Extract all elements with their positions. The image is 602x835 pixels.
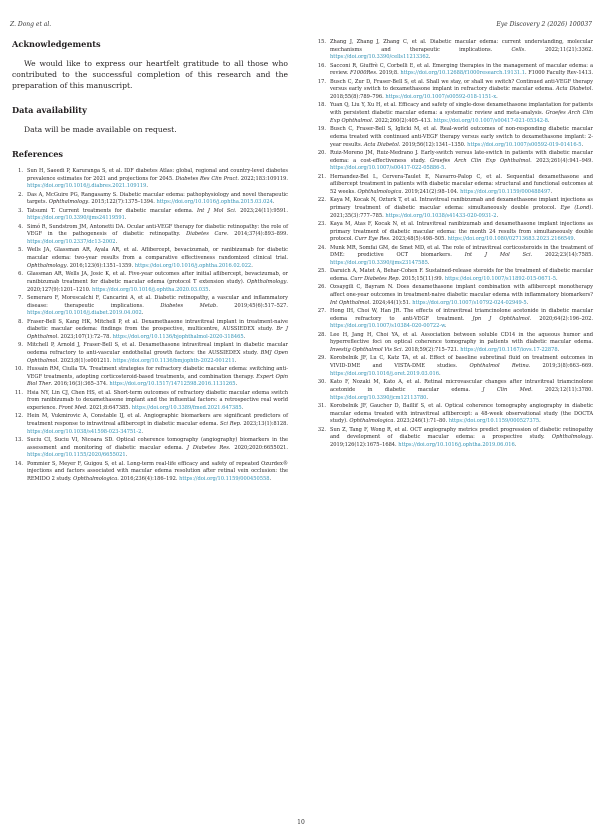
reference-number: 25. (315, 268, 326, 276)
running-head-journal: Eye Discovery 2 (2026) 100037 (496, 21, 592, 28)
reference-doi-link[interactable]: https://doi.org/10.1136/bjophthalmol-202… (113, 334, 244, 340)
reference-citation: . 2022;23(14):7585. (531, 252, 593, 258)
reference-journal: Diabetes Metab (160, 303, 216, 309)
reference-citation: . 2019;56(12):1341–1350. (399, 142, 467, 148)
reference-citation: . 2023;261(4):941–949. (530, 158, 593, 164)
reference-tail: . (439, 371, 441, 377)
reference-tail: . (269, 476, 271, 482)
reference-tail: . (444, 165, 446, 171)
reference-doi-link[interactable]: https://doi.org/10.1016/j.diabet.2019.04… (27, 310, 142, 316)
reference-doi-link[interactable]: https://doi.org/10.1007/s11892-015-0671-… (445, 276, 556, 282)
reference-number: 23. (315, 221, 326, 229)
right-column: 15.Zhang J, Zhang J, Zhang C, et al. Dia… (315, 39, 593, 450)
reference-number: 7. (12, 295, 23, 303)
reference-number: 3. (12, 208, 23, 216)
reference-tail: . (142, 310, 144, 316)
reference-doi-link[interactable]: https://doi.org/10.1167/iovs.17-22878 (460, 347, 557, 353)
reference-item: 20.Ruiz-Moreno JM, Ruiz-Medrano J. Early… (315, 150, 593, 173)
reference-journal: Ophthalmology (27, 263, 66, 269)
reference-journal: Acta Diabetol (556, 86, 591, 92)
reference-number: 12. (12, 413, 23, 421)
reference-doi-link[interactable]: https://doi.org/10.1007/s10384-020-00722… (330, 323, 445, 329)
reference-citation: . 2016;123(6):1351–1359. (66, 263, 134, 269)
reference-number: 6. (12, 271, 23, 279)
left-column: Acknowledgements We would like to expres… (12, 39, 288, 484)
reference-number: 4. (12, 224, 23, 232)
reference-citation: . 2019;241(2):98–104. (402, 189, 461, 195)
reference-doi-link[interactable]: https://doi.org/10.1007/s00592-018-1151-… (385, 94, 496, 100)
reference-journal: Sci Rep (220, 421, 240, 427)
reference-doi-link[interactable]: https://doi.org/10.1159/000488497 (460, 189, 550, 195)
reference-number: 19. (315, 126, 326, 134)
reference-journal: Ophthalmology (552, 434, 591, 440)
reference-number: 21. (315, 174, 326, 182)
reference-journal: Ophthalmol Retina (469, 363, 528, 369)
reference-tail: . (428, 260, 430, 266)
reference-journal: F1000Res (350, 70, 376, 76)
reference-doi-link[interactable]: https://doi.org/10.1080/02713683.2023.21… (448, 236, 574, 242)
reference-item: 25.Daruich A, Matet A, Behar-Cohen F. Su… (315, 268, 593, 283)
reference-item: 16.Sacconi R, Giuffrè C, Corbelli E, et … (315, 63, 593, 78)
reference-journal: Diabetes Res Clin Pract (176, 176, 238, 182)
reference-tail: . (527, 300, 529, 306)
reference-doi-link[interactable]: https://doi.org/10.1517/14712598.2016.11… (109, 381, 235, 387)
reference-number: 20. (315, 150, 326, 158)
reference-citation: . 2015;15(11):99. (399, 276, 445, 282)
reference-citation: . 2024;44(1):51. (369, 300, 412, 306)
reference-item: 14.Pommier S, Meyer F, Guigou S, et al. … (12, 461, 288, 484)
reference-citation: . 2023;48(5):498–505. (389, 236, 448, 242)
reference-journal: Graefes Arch Clin Exp Ophthalmol (430, 158, 530, 164)
reference-doi-link[interactable]: https://doi.org/10.1007/s00592-019-01416… (467, 142, 581, 148)
acknowledgements-heading: Acknowledgements (12, 39, 288, 49)
reference-number: 10. (12, 366, 23, 374)
reference-number: 32. (315, 427, 326, 435)
reference-doi-link[interactable]: https://doi.org/10.12688/f1000research.1… (400, 70, 525, 76)
reference-item: 6.Glassman AR, Wells JA, Josic K, et al.… (12, 271, 288, 294)
acknowledgements-section: Acknowledgements We would like to expres… (12, 39, 288, 91)
reference-item: 7.Semeraro F, Morescalchi F, Cancarini A… (12, 295, 288, 318)
reference-citation: . 2023;24(11):9591. (235, 208, 288, 214)
reference-citation: . 2022;11(21):3362. (524, 47, 593, 53)
reference-number: 8. (12, 319, 23, 327)
reference-number: 24. (315, 245, 326, 253)
reference-journal: Int J Mol Sci (465, 252, 531, 258)
reference-tail: . (496, 213, 498, 219)
reference-citation: . 2019;3(8):663–669. (529, 363, 593, 369)
reference-journal: Curr Diabetes Rep (350, 276, 398, 282)
references-heading: References (12, 149, 288, 159)
reference-citation: . 2018;59(2):715–721. (402, 347, 461, 353)
data-availability-text: Data will be made available on request. (12, 124, 288, 135)
reference-tail: . (125, 215, 127, 221)
reference-text: Lee H, Jang H, Choi YA, et al. Associati… (330, 332, 593, 346)
reference-journal: Cells (511, 47, 524, 53)
reference-citation: . 2016;236(4):186–192. (117, 476, 179, 482)
reference-number: 30. (315, 379, 326, 387)
reference-item: 10.Hussain RM, Ciulla TA. Treatment stra… (12, 366, 288, 389)
references-section: References 1.Sun H, Saeedi P, Karuranga … (12, 149, 288, 484)
reference-tail: . (141, 429, 143, 435)
reference-citation: . 2015;122(7):1375–1394. (88, 199, 156, 205)
reference-tail: . F1000 Faculty Rev-1413. (525, 70, 593, 76)
reference-text: Kaya M, Kocak N, Ozturk T, et al. Intrav… (330, 197, 593, 211)
reference-text: Hussain RM, Ciulla TA. Treatment strateg… (27, 366, 288, 380)
reference-doi-link[interactable]: https://doi.org/10.3390/ijms23147585 (330, 260, 428, 266)
reference-number: 13. (12, 437, 23, 445)
reference-item: 26.Ozsaygili C, Bayram N. Does dexametha… (315, 284, 593, 307)
reference-item: 17.Busch C, Zur D, Fraser-Bell S, et al.… (315, 79, 593, 102)
running-head-authors: Z. Dong et al. (10, 21, 51, 28)
reference-doi-link[interactable]: https://doi.org/10.1016/j.ophtha.2016.02… (135, 263, 251, 269)
reference-text: Tatsumi T. Current treatments for diabet… (27, 208, 197, 214)
reference-journal: Int J Mol Sci (197, 208, 235, 214)
reference-journal: Ophthalmologica (357, 189, 401, 195)
reference-number: 18. (315, 102, 326, 110)
reference-citation: . 2019;8. (376, 70, 400, 76)
reference-tail: . (515, 442, 517, 448)
reference-item: 15.Zhang J, Zhang J, Zhang C, et al. Dia… (315, 39, 593, 62)
reference-text: Mitchell P, Arnold J, Fraser-Bell S, et … (27, 342, 288, 356)
reference-item: 28.Lee H, Jang H, Choi YA, et al. Associ… (315, 332, 593, 355)
reference-doi-link[interactable]: https://doi.org/10.3390/jcm12113780 (330, 395, 426, 401)
reference-number: 11. (12, 390, 23, 398)
reference-tail: . (116, 239, 118, 245)
reference-journal: Ophthalmologica (73, 476, 117, 482)
reference-doi-link[interactable]: https://doi.org/10.1016/j.ophtha.2019.06… (398, 442, 514, 448)
reference-citation: . 2023;246(1):71–80. (393, 418, 448, 424)
reference-citation: . 2019;45(6):517–527. (216, 303, 288, 309)
reference-item: 1.Sun H, Saeedi P, Karuranga S, et al. I… (12, 168, 288, 191)
reference-doi-link[interactable]: https://doi.org/10.1155/2020/6655021 (27, 452, 126, 458)
reference-doi-link[interactable]: https://doi.org/10.1016/j.diabres.2021.1… (27, 183, 146, 189)
reference-tail: . (582, 142, 584, 148)
reference-doi-link[interactable]: https://doi.org/10.3389/fmed.2021.647385 (132, 405, 242, 411)
reference-doi-link[interactable]: https://doi.org/10.3390/cells11213362 (330, 54, 429, 60)
reference-number: 26. (315, 284, 326, 292)
reference-item: 9.Mitchell P, Arnold J, Fraser-Bell S, e… (12, 342, 288, 365)
reference-tail: . (126, 452, 128, 458)
reference-number: 17. (315, 79, 326, 87)
reference-text: Ozsaygili C, Bayram N. Does dexamethason… (330, 284, 593, 298)
reference-citation: . 2023;8(1):e001211. (57, 358, 113, 364)
reference-number: 1. (12, 168, 23, 176)
running-head: Z. Dong et al. Eye Discovery 2 (2026) 10… (10, 21, 592, 31)
reference-list-left: 1.Sun H, Saeedi P, Karuranga S, et al. I… (12, 168, 288, 484)
reference-citation: . 2016;16(3):365–374. (51, 381, 110, 387)
reference-tail: . (445, 323, 447, 329)
reference-item: 29.Korobelnik JF, Lu C, Katz TA, et al. … (315, 355, 593, 378)
reference-item: 5.Wells JA, Glassman AR, Ayala AR, et al… (12, 247, 288, 270)
reference-doi-link[interactable]: https://doi.org/10.1038/s41598-023-34751… (27, 429, 141, 435)
reference-item: 12.Hein M, Vukmirovic A, Constable IJ, e… (12, 413, 288, 436)
reference-doi-link[interactable]: https://doi.org/10.1016/j.ophtha.2020.03… (92, 287, 208, 293)
reference-doi-link[interactable]: https://doi.org/10.1007/s00417-021-05342… (434, 118, 548, 124)
reference-doi-link[interactable]: https://doi.org/10.2337/dc13-2002 (27, 239, 116, 245)
reference-doi-link[interactable]: https://doi.org/10.1038/s41433-020-0931-… (385, 213, 496, 219)
data-availability-section: Data availability Data will be made avai… (12, 105, 288, 135)
reference-tail: . (426, 395, 428, 401)
reference-tail: . (146, 183, 148, 189)
reference-number: 28. (315, 332, 326, 340)
reference-item: 27.Hong IH, Choi W, Han JR. The effects … (315, 308, 593, 331)
reference-journal: Curr Eye Res (355, 236, 389, 242)
reference-number: 27. (315, 308, 326, 316)
reference-doi-link[interactable]: https://doi.org/10.1136/bmjophth-2022-00… (113, 358, 235, 364)
reference-number: 14. (12, 461, 23, 469)
reference-item: 11.Hsia NY, Lin CJ, Chen HS, et al. Shor… (12, 390, 288, 413)
reference-tail: . (429, 54, 431, 60)
reference-tail: . (208, 287, 210, 293)
reference-tail: . (235, 381, 237, 387)
reference-journal: Ophthalmologica (349, 418, 393, 424)
reference-item: 30.Kato F, Nozaki M, Kato A, et al. Reti… (315, 379, 593, 402)
reference-journal: Acta Diabetol (364, 142, 399, 148)
reference-item: 4.Simó R, Sundstrom JM, Antonetti DA. Oc… (12, 224, 288, 247)
reference-journal: J Diabetes Res (187, 445, 229, 451)
reference-item: 21.Hernandez-Bel L, Cervera-Taulet E, Na… (315, 174, 593, 197)
reference-number: 16. (315, 63, 326, 71)
reference-item: 2.Das A, McGuire PG, Rangasamy S. Diabet… (12, 192, 288, 207)
reference-item: 23.Kaya M, Atas F, Kocak N, et al. Intra… (315, 221, 593, 244)
page-number: 10 (0, 819, 602, 826)
reference-item: 18.Yuan Q, Liu Y, Xu H, et al. Efficacy … (315, 102, 593, 125)
reference-journal: Ophthalmology (49, 199, 88, 205)
reference-item: 22.Kaya M, Kocak N, Ozturk T, et al. Int… (315, 197, 593, 220)
reference-doi-link[interactable]: https://doi.org/10.1007/s10792-024-02949… (412, 300, 526, 306)
reference-tail: . (539, 418, 541, 424)
reference-tail: . (244, 334, 246, 340)
reference-item: 19.Busch C, Fraser-Bell S, Iglicki M, et… (315, 126, 593, 149)
reference-number: 31. (315, 403, 326, 411)
reference-tail: . (251, 263, 253, 269)
reference-citation: . 2021;8:647385. (86, 405, 132, 411)
reference-tail: . (556, 276, 558, 282)
reference-tail: . (242, 405, 244, 411)
reference-item: 32.Sun Z, Tang F, Wong R, et al. OCT ang… (315, 427, 593, 450)
reference-citation: . 2023;12(11):3780. (531, 387, 593, 393)
reference-number: 15. (315, 39, 326, 47)
reference-number: 2. (12, 192, 23, 200)
reference-citation: . 2022;183:109119. (237, 176, 288, 182)
reference-citation: . 2020;64(2):196–202. (530, 316, 593, 322)
reference-journal: Int Ophthalmol (330, 300, 369, 306)
reference-journal: Ophthalmology (247, 279, 286, 285)
reference-tail: . (551, 189, 553, 195)
reference-text: Fraser-Bell S, Kang HK, Mitchell P, et a… (27, 319, 288, 333)
reference-journal: Eye (Lond) (560, 205, 591, 211)
reference-item: 31.Korobelnik JF, Gaucher D, Baillif S, … (315, 403, 593, 426)
reference-tail: . (574, 236, 576, 242)
reference-text: Wells JA, Glassman AR, Ayala AR, et al. … (27, 247, 288, 261)
reference-tail: . (273, 199, 275, 205)
reference-tail: . (235, 358, 237, 364)
reference-citation: . 2014;37(4):893–899. (227, 231, 288, 237)
reference-journal: J Clin Med (482, 387, 531, 393)
reference-journal: Front Med (59, 405, 86, 411)
reference-journal: Diabetes Care (186, 231, 227, 237)
reference-journal: Jpn J Ophthalmol (473, 316, 530, 322)
reference-doi-link[interactable]: https://doi.org/10.3390/ijms24119591 (27, 215, 125, 221)
reference-item: 13.Suciu CI, Suciu VI, Nicoara SD. Optic… (12, 437, 288, 460)
reference-doi-link[interactable]: https://doi.org/10.1016/j.oret.2019.03.0… (330, 371, 439, 377)
reference-citation: . 2023;13(1):8128. (240, 421, 288, 427)
reference-citation: . 2022;260(2):405–413. (372, 118, 434, 124)
reference-list-right: 15.Zhang J, Zhang J, Zhang C, et al. Dia… (315, 39, 593, 450)
reference-tail: . (496, 94, 498, 100)
reference-citation: . 2020;2020:6655021. (229, 445, 288, 451)
acknowledgements-text: We would like to express our heartfelt g… (12, 58, 288, 91)
reference-text: Busch C, Zur D, Fraser-Bell S, et al. Sh… (330, 79, 593, 93)
reference-journal: Investig Ophthalmol Vis Sci (330, 347, 402, 353)
reference-item: 3.Tatsumi T. Current treatments for diab… (12, 208, 288, 223)
reference-citation: . 2023;107(1):72–78. (57, 334, 112, 340)
data-availability-heading: Data availability (12, 105, 288, 115)
reference-item: 8.Fraser-Bell S, Kang HK, Mitchell P, et… (12, 319, 288, 342)
reference-doi-link[interactable]: https://doi.org/10.1159/000450558 (179, 476, 269, 482)
reference-number: 5. (12, 247, 23, 255)
reference-doi-link[interactable]: https://doi.org/10.1007/s00417-022-05886… (330, 165, 444, 171)
reference-number: 9. (12, 342, 23, 350)
reference-number: 22. (315, 197, 326, 205)
reference-number: 29. (315, 355, 326, 363)
reference-tail: . (548, 118, 550, 124)
reference-item: 24.Munk MR, Somfai GM, de Smet MD, et al… (315, 245, 593, 268)
reference-tail: . (558, 347, 560, 353)
reference-doi-link[interactable]: https://doi.org/10.1159/000527375 (449, 418, 539, 424)
reference-doi-link[interactable]: https://doi.org/10.1016/j.ophtha.2015.03… (156, 199, 272, 205)
